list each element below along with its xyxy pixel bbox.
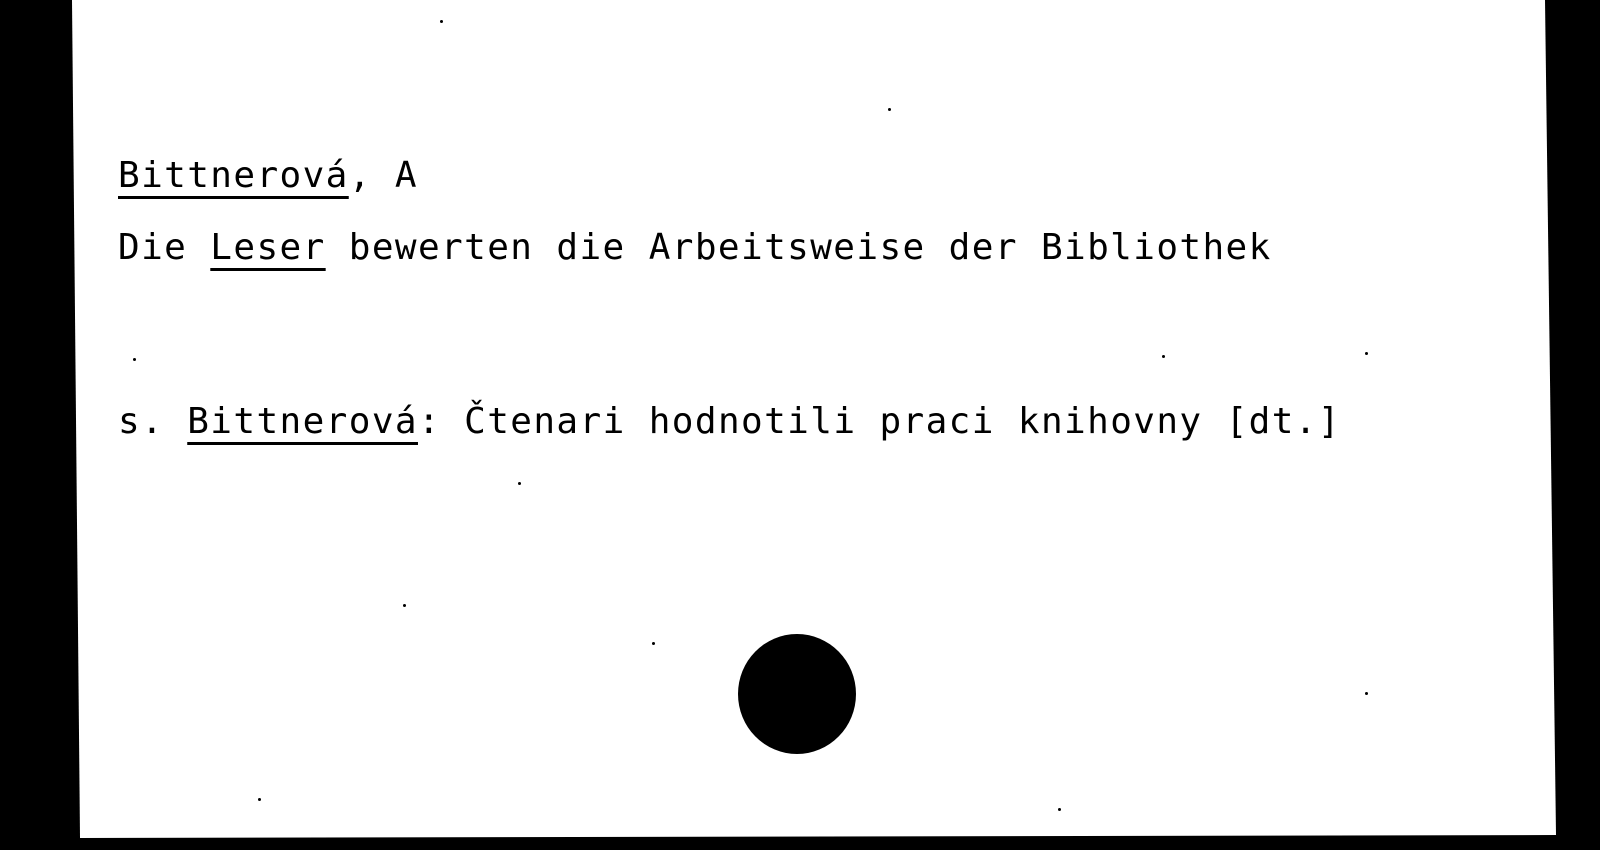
author-initial: , A (349, 155, 418, 196)
dust-speck (1365, 692, 1368, 695)
index-card: Bittnerová, A Die Leser bewerten die Arb… (0, 0, 1600, 850)
dust-speck (403, 604, 406, 607)
dust-speck (440, 20, 443, 23)
dust-speck (888, 108, 891, 111)
reference-prefix: s. (118, 401, 187, 442)
dust-speck (1058, 808, 1061, 811)
title-prefix: Die (118, 227, 210, 268)
title-rest: bewerten die Arbeitsweise der Bibliothek (326, 227, 1272, 268)
scanned-index-card: Bittnerová, A Die Leser bewerten die Arb… (0, 0, 1600, 850)
scan-artifact (1065, 837, 1110, 839)
reference-title: : Čtenari hodnotili praci knihovny [dt.] (418, 401, 1341, 442)
dust-speck (1162, 355, 1165, 358)
title-line: Die Leser bewerten die Arbeitsweise der … (118, 230, 1272, 266)
dust-speck (258, 798, 261, 801)
title-keyword: Leser (210, 227, 325, 268)
author-line: Bittnerová, A (118, 158, 418, 194)
dust-speck (652, 642, 655, 645)
punch-hole (738, 634, 856, 754)
author-name: Bittnerová (118, 155, 349, 196)
dust-speck (518, 482, 521, 485)
reference-author: Bittnerová (187, 401, 418, 442)
dust-speck (1365, 352, 1368, 355)
see-reference-line: s. Bittnerová: Čtenari hodnotili praci k… (118, 404, 1341, 440)
dust-speck (133, 358, 136, 361)
